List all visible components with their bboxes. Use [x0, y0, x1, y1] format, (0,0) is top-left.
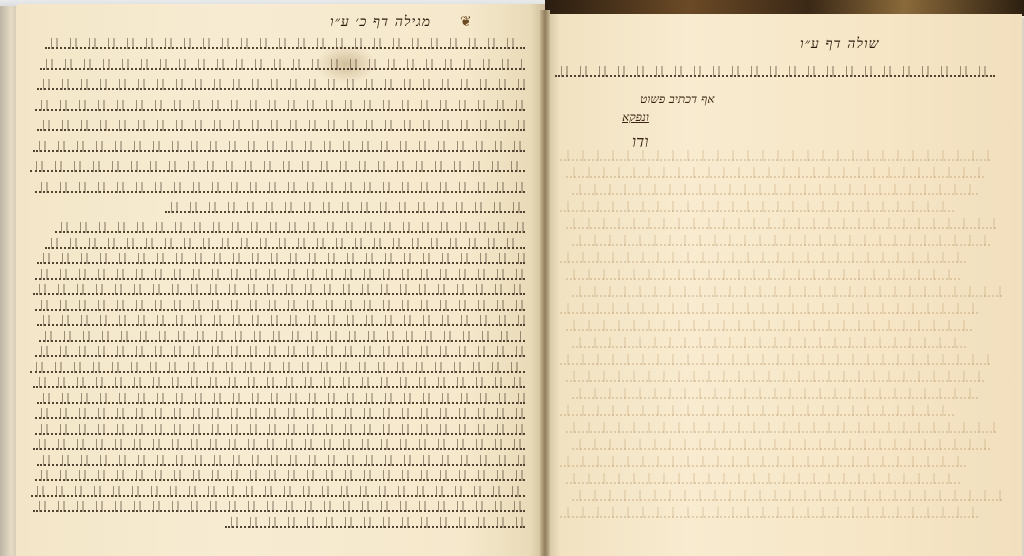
manuscript-line [45, 238, 525, 249]
manuscript-line [33, 377, 525, 388]
manuscript-line [37, 455, 525, 466]
manuscript-photo: מגילה דף כ׳ ע״ו ❦ שולה דף ע״ו אף דכתיב פ… [0, 0, 1024, 556]
manuscript-line [33, 501, 525, 512]
manuscript-line [225, 517, 525, 528]
book-gutter [540, 10, 550, 556]
manuscript-line [37, 315, 525, 326]
manuscript-line [37, 253, 525, 264]
manuscript-line [35, 182, 525, 193]
manuscript-line [55, 222, 525, 233]
manuscript-line [35, 470, 525, 481]
manuscript-line [555, 66, 995, 77]
manuscript-line [35, 300, 525, 311]
manuscript-line [33, 284, 525, 295]
manuscript-line [35, 408, 525, 419]
right-page-header: שולה דף ע״ו [800, 36, 879, 53]
manuscript-line [35, 424, 525, 435]
left-page-header: מגילה דף כ׳ ע״ו [330, 14, 431, 31]
marginal-note: אף דכתיב פשוט [640, 92, 714, 107]
header-ornament-icon: ❦ [460, 14, 472, 30]
manuscript-line [37, 120, 525, 131]
manuscript-line [45, 38, 525, 49]
marginal-note: ונפקא [622, 110, 649, 125]
marginal-note: ודו [632, 132, 648, 152]
manuscript-line [37, 393, 525, 404]
manuscript-line [165, 202, 525, 213]
manuscript-line [40, 59, 525, 70]
manuscript-line [33, 439, 525, 450]
manuscript-line [30, 362, 525, 373]
manuscript-line [31, 486, 525, 497]
manuscript-line [35, 269, 525, 280]
manuscript-line [35, 100, 525, 111]
manuscript-line [39, 331, 525, 342]
manuscript-line [33, 141, 525, 152]
manuscript-line [37, 79, 525, 90]
manuscript-line [35, 346, 525, 357]
manuscript-line [30, 161, 525, 172]
